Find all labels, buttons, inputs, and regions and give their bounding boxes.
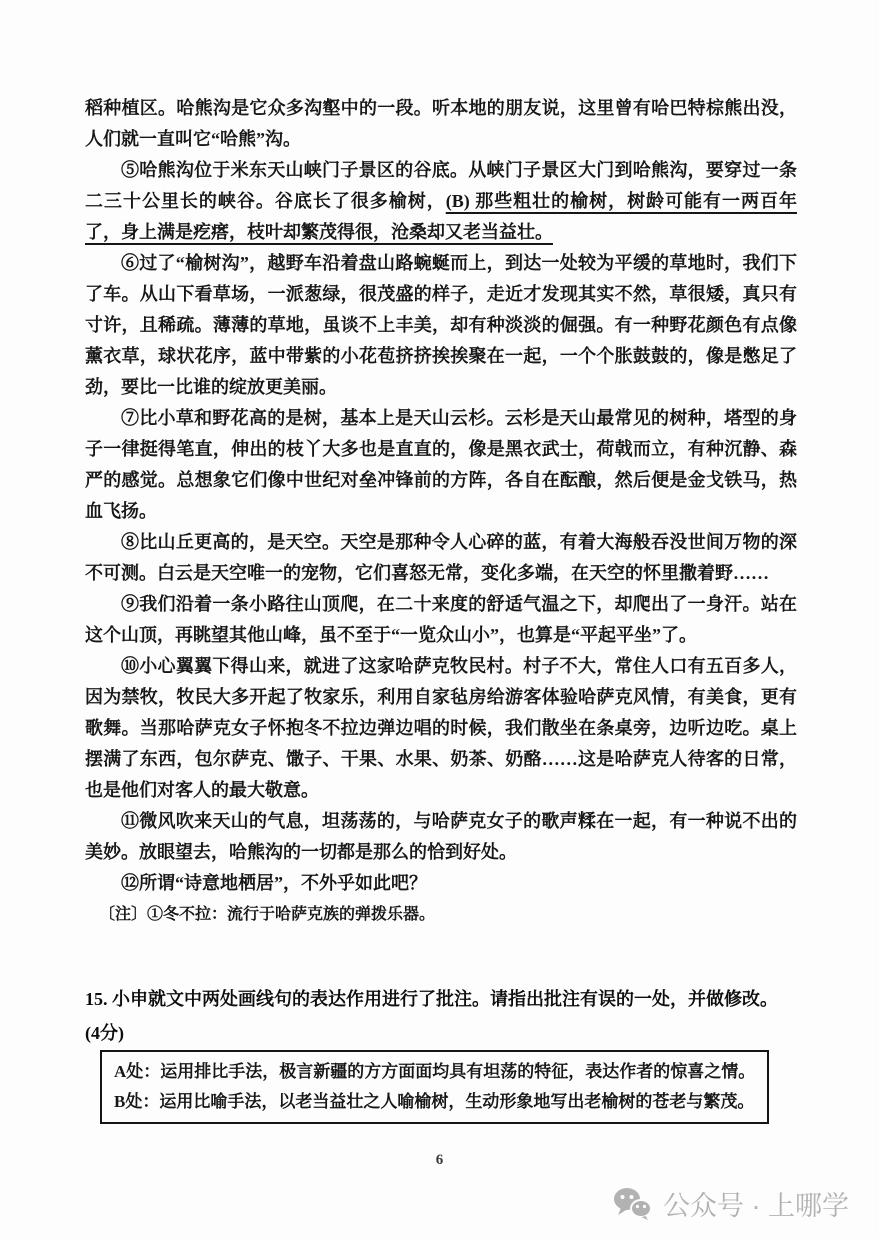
passage-paragraph-11: ⑪微风吹来天山的气息，坦荡荡的，与哈萨克女子的歌声糅在一起，有一种说不出的美妙。… (85, 806, 797, 868)
page-number: 6 (0, 1152, 879, 1169)
question-15: 15. 小申就文中两处画线句的表达作用进行了批注。请指出批注有误的一处，并做修改… (85, 982, 797, 1050)
passage: 稻种植区。哈熊沟是它众多沟壑中的一段。听本地的朋友说，这里曾有哈巴特棕熊出没，人… (85, 93, 797, 1124)
passage-paragraph-9: ⑨我们沿着一条小路往山顶爬，在二十来度的舒适气温之下，却爬出了一身汗。站在这个山… (85, 589, 797, 651)
passage-paragraph-continued: 稻种植区。哈熊沟是它众多沟壑中的一段。听本地的朋友说，这里曾有哈巴特棕熊出没，人… (85, 93, 797, 155)
passage-paragraph-8: ⑧比山丘更高的，是天空。天空是那种令人心碎的蓝，有着大海般吞没世间万物的深不可测… (85, 527, 797, 589)
footnote: 〔注〕①冬不拉：流行于哈萨克族的弹拨乐器。 (85, 899, 797, 930)
passage-paragraph-10: ⑩小心翼翼下得山来，就进了这家哈萨克牧民村。村子不大，常住人口有五百多人，因为禁… (85, 651, 797, 806)
passage-paragraph-6: ⑥过了“榆树沟”，越野车沿着盘山路蜿蜒而上，到达一处较为平缓的草地时，我们下了车… (85, 248, 797, 403)
annotation-box: A处：运用排比手法，极言新疆的方方面面均具有坦荡的特征，表达作者的惊喜之情。 B… (100, 1050, 769, 1124)
watermark: 公众号 · 上哪学 (613, 1184, 849, 1223)
passage-paragraph-5: ⑤哈熊沟位于米东天山峡门子景区的谷底。从峡门子景区大门到哈熊沟，要穿过一条二三十… (85, 155, 797, 248)
exam-page: 稻种植区。哈熊沟是它众多沟壑中的一段。听本地的朋友说，这里曾有哈巴特棕熊出没，人… (0, 0, 879, 1239)
question-15-score: (4分) (85, 1023, 124, 1043)
passage-paragraph-7: ⑦比小草和野花高的是树，基本上是天山云杉。云杉是天山最常见的树种，塔型的身子一律… (85, 403, 797, 527)
wechat-icon (613, 1187, 653, 1220)
annotation-a: A处：运用排比手法，极言新疆的方方面面均具有坦荡的特征，表达作者的惊喜之情。 (114, 1057, 755, 1087)
annotation-b: B处：运用比喻手法，以老当益壮之人喻榆树，生动形象地写出老榆树的苍老与繁茂。 (114, 1087, 755, 1117)
question-15-text: 15. 小申就文中两处画线句的表达作用进行了批注。请指出批注有误的一处，并做修改… (85, 989, 778, 1009)
watermark-text: 公众号 · 上哪学 (663, 1184, 849, 1223)
passage-paragraph-12: ⑫所谓“诗意地栖居”，不外乎如此吧？ (85, 868, 797, 899)
